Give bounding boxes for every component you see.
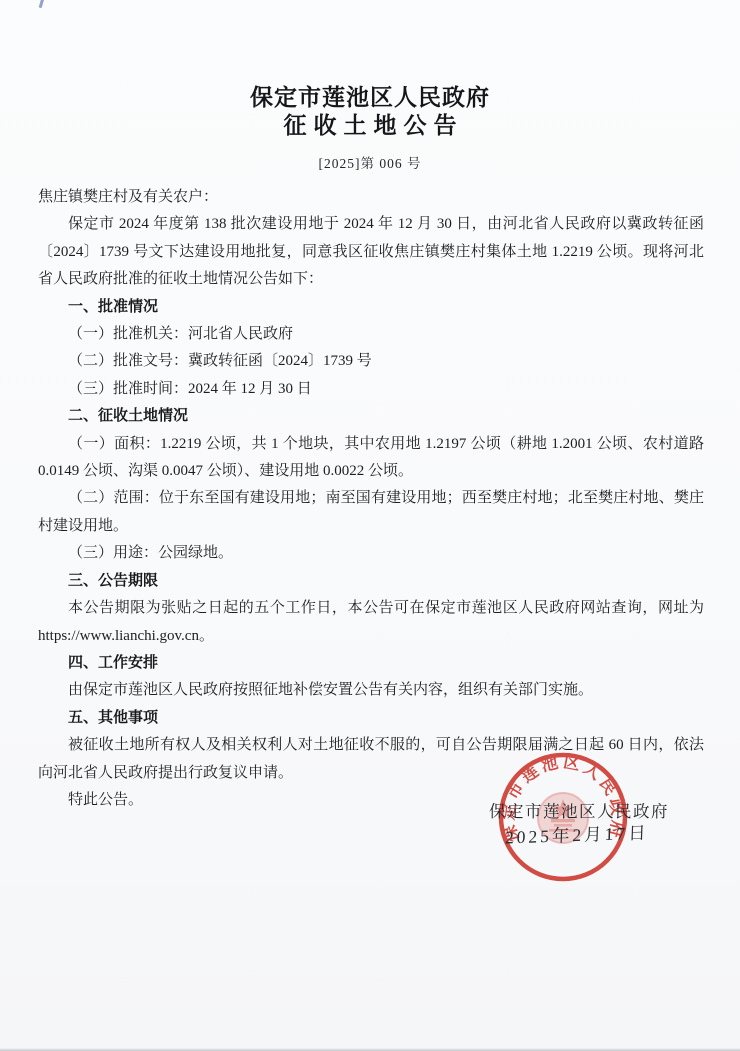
document-body: 焦庄镇樊庄村及有关农户： 保定市 2024 年度第 138 批次建设用地于 20…: [0, 184, 740, 814]
signature-authority: 保定市莲池区人民政府: [489, 798, 669, 822]
section-3-heading: 三、公告期限: [38, 568, 704, 595]
document-header: 保定市莲池区人民政府 征收土地公告 [2025]第 006 号: [0, 0, 740, 172]
section-1-heading: 一、批准情况: [38, 294, 704, 321]
section-2-item-3: （三）用途：公园绿地。: [38, 540, 704, 567]
document-title-line1: 保定市莲池区人民政府: [0, 84, 740, 112]
section-1-item-1: （一）批准机关：河北省人民政府: [38, 321, 704, 348]
section-1-item-2: （二）批准文号：冀政转征函〔2024〕1739 号: [38, 348, 704, 375]
section-2-item-1: （一）面积：1.2219 公顷，共 1 个地块，其中农用地 1.2197 公顷（…: [38, 431, 704, 486]
scanned-notice-page: 保定市莲池区人民政府 征收土地公告 [2025]第 006 号 焦庄镇樊庄村及有…: [0, 0, 740, 1051]
document-number: [2025]第 006 号: [0, 152, 740, 172]
section-2-heading: 二、征收土地情况: [38, 403, 704, 430]
salutation: 焦庄镇樊庄村及有关农户：: [38, 184, 704, 211]
section-2-item-2: （二）范围：位于东至国有建设用地；南至国有建设用地；西至樊庄村地；北至樊庄村地、…: [38, 485, 704, 540]
section-1-item-3: （三）批准时间：2024 年 12 月 30 日: [38, 376, 704, 403]
section-3-paragraph: 本公告期限为张贴之日起的五个工作日，本公告可在保定市莲池区人民政府网站查询，网址…: [38, 595, 704, 650]
section-4-paragraph: 由保定市莲池区人民政府按照征地补偿安置公告有关内容，组织有关部门实施。: [38, 677, 704, 704]
section-4-heading: 四、工作安排: [38, 650, 704, 677]
signature-date-handwritten: 2025年2月17日: [505, 819, 650, 849]
intro-paragraph: 保定市 2024 年度第 138 批次建设用地于 2024 年 12 月 30 …: [38, 211, 704, 293]
document-title-line2: 征收土地公告: [0, 112, 740, 140]
section-5-heading: 五、其他事项: [38, 705, 704, 732]
